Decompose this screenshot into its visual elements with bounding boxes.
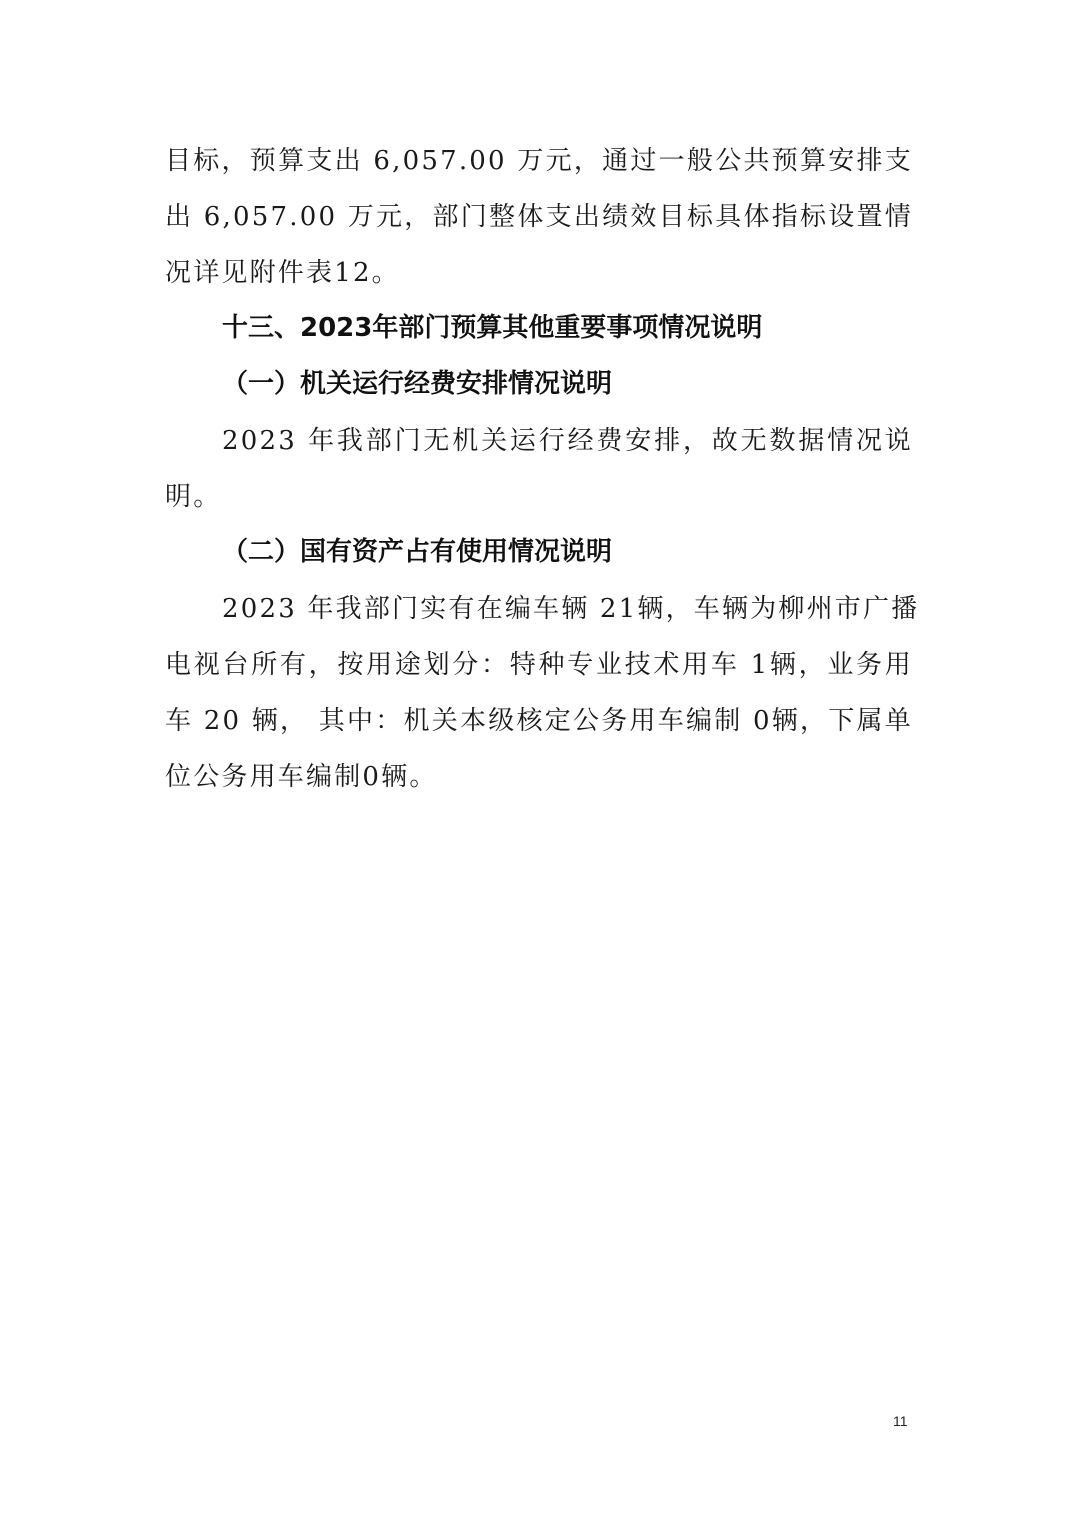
document-page: 目标，预算支出 6,057.00 万元，通过一般公共预算安排支 出 6,057.… (0, 0, 1075, 1520)
paragraph-line: 况详见附件表12。 (165, 256, 913, 290)
paragraph-line: 车 20 辆， 其中：机关本级核定公务用车编制 0辆，下属单 (165, 704, 913, 738)
paragraph-line: 明。 (165, 480, 913, 514)
paragraph-line: 2023 年我部门实有在编车辆 21辆，车辆为柳州市广播 (222, 592, 913, 626)
paragraph-line: 位公务用车编制0辆。 (165, 760, 913, 794)
page-number: 11 (893, 1413, 908, 1429)
subsection-heading: （一）机关运行经费安排情况说明 (222, 367, 612, 401)
section-heading: 十三、2023年部门预算其他重要事项情况说明 (222, 311, 762, 345)
paragraph-line: 2023 年我部门无机关运行经费安排，故无数据情况说 (222, 424, 913, 458)
paragraph-line: 出 6,057.00 万元，部门整体支出绩效目标具体指标设置情 (165, 200, 913, 234)
subsection-heading: （二）国有资产占有使用情况说明 (222, 535, 612, 569)
paragraph-line: 目标，预算支出 6,057.00 万元，通过一般公共预算安排支 (165, 144, 913, 178)
paragraph-line: 电视台所有，按用途划分：特种专业技术用车 1辆，业务用 (165, 648, 913, 682)
